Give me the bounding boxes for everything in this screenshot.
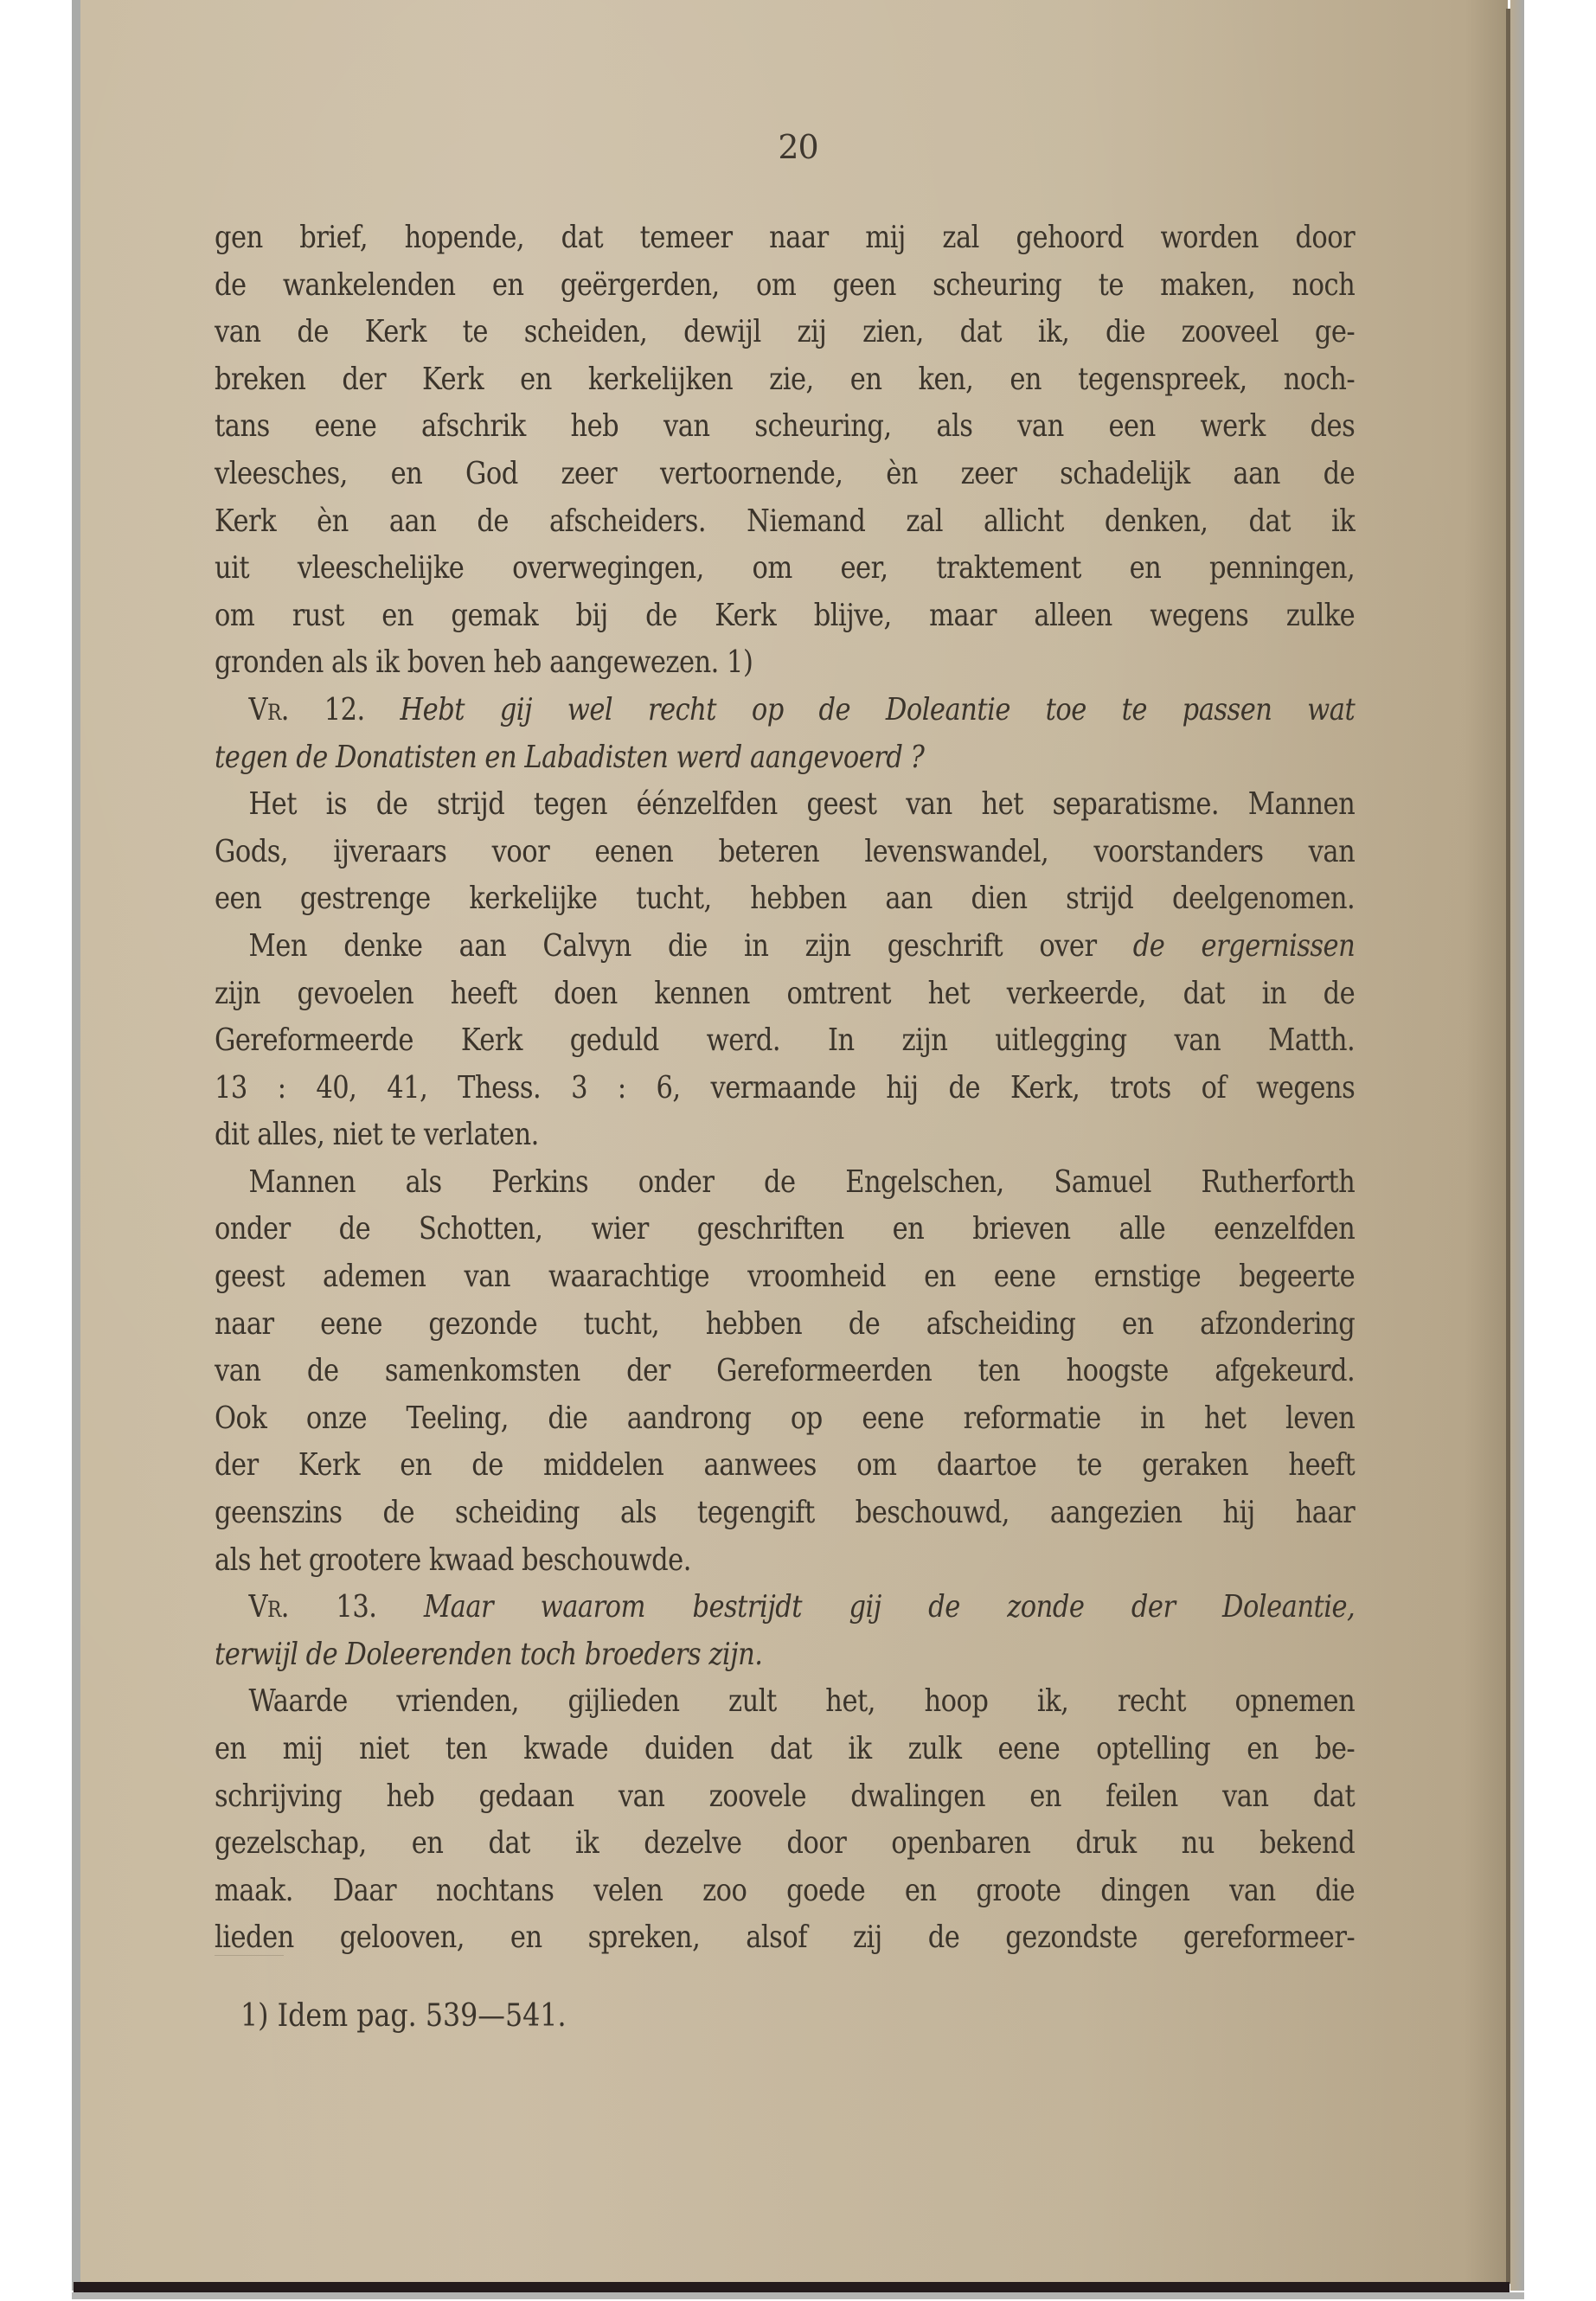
text-line: uit vleeschelijke overwegingen, om eer, … (215, 545, 1355, 593)
text-line: breken der Kerk en kerkelijken zie, en k… (215, 356, 1355, 404)
text-line: lieden gelooven, en spreken, alsof zij d… (215, 1914, 1355, 1962)
question-12-heading: Vr. 12. Hebt gij wel recht op de Doleant… (215, 687, 1355, 734)
question-label: Vr. 12. (249, 692, 365, 727)
text-line: maak. Daar nochtans velen zoo goede en g… (215, 1868, 1355, 1915)
text-line: dit alles, niet te verlaten. (215, 1112, 1355, 1159)
text-line: en mij niet ten kwade duiden dat ik zulk… (215, 1726, 1355, 1773)
text-line: geenszins de scheiding als tegengift bes… (215, 1490, 1355, 1537)
page-bottom-edge (74, 2282, 1509, 2292)
text-line: tans eene afschrik heb van scheuring, al… (215, 403, 1355, 451)
text-line: Ook onze Teeling, die aandrong op eene r… (215, 1395, 1355, 1443)
question-text: Hebt gij wel recht op de Doleantie toe t… (401, 692, 1356, 727)
text-line: Waarde vrienden, gijlieden zult het, hoo… (215, 1678, 1355, 1726)
text-roman: Men denke aan Calvyn die in zijn geschri… (249, 928, 1133, 964)
text-line: gronden als ik boven heb aangewezen. 1) (215, 639, 1355, 687)
text-line: Men denke aan Calvyn die in zijn geschri… (215, 923, 1355, 971)
text-line: Mannen als Perkins onder de Engelschen, … (215, 1159, 1355, 1207)
question-label: Vr. 13. (249, 1589, 377, 1625)
text-line: vleesches, en God zeer vertoornende, èn … (215, 451, 1355, 498)
text-line: onder de Schotten, wier geschriften en b… (215, 1206, 1355, 1253)
body-text: gen brief, hopende, dat temeer naar mij … (215, 215, 1355, 1962)
text-line: als het grootere kwaad beschouwde. (215, 1537, 1355, 1585)
footnote: 1) Idem pag. 539—541. (240, 1998, 567, 2034)
text-line: Gods, ijveraars voor eenen beteren leven… (215, 829, 1355, 876)
question-text: Maar waarom bestrijdt gij de zonde der D… (424, 1589, 1355, 1625)
text-line: 13 : 40, 41, Thess. 3 : 6, vermaande hij… (215, 1065, 1355, 1112)
footnote-divider (215, 1955, 284, 1956)
text-line: der Kerk en de middelen aanwees om daart… (215, 1442, 1355, 1490)
text-line: van de Kerk te scheiden, dewijl zij zien… (215, 309, 1355, 356)
question-13-continued: terwijl de Doleerenden toch broeders zij… (215, 1631, 1355, 1679)
text-line: geest ademen van waarachtige vroomheid e… (215, 1253, 1355, 1301)
text-line: naar eene gezonde tucht, hebben de afsch… (215, 1301, 1355, 1349)
text-line: gen brief, hopende, dat temeer naar mij … (215, 215, 1355, 262)
text-line: van de samenkomsten der Gereformeerden t… (215, 1348, 1355, 1395)
text-line: Kerk èn aan de afscheiders. Niemand zal … (215, 498, 1355, 546)
question-13-heading: Vr. 13. Maar waarom bestrijdt gij de zon… (215, 1584, 1355, 1631)
text-line: de wankelenden en geërgerden, om geen sc… (215, 262, 1355, 310)
text-line: gezelschap, en dat ik dezelve door openb… (215, 1820, 1355, 1868)
question-12-continued: tegen de Donatisten en Labadisten werd a… (215, 734, 1355, 782)
book-title-italic: de ergernissen (1133, 928, 1355, 964)
text-line: om rust en gemak bij de Kerk blijve, maa… (215, 593, 1355, 640)
scan-edge-bottom (72, 2292, 1524, 2299)
text-line: zijn gevoelen heeft doen kennen omtrent … (215, 971, 1355, 1018)
text-line: schrijving heb gedaan van zoovele dwalin… (215, 1773, 1355, 1821)
text-line: Gereformeerde Kerk geduld werd. In zijn … (215, 1017, 1355, 1065)
text-line: Het is de strijd tegen éénzelfden geest … (215, 781, 1355, 829)
scan-edge-right (1510, 0, 1524, 2291)
text-line: een gestrenge kerkelijke tucht, hebben a… (215, 875, 1355, 923)
page-number: 20 (0, 128, 1596, 166)
